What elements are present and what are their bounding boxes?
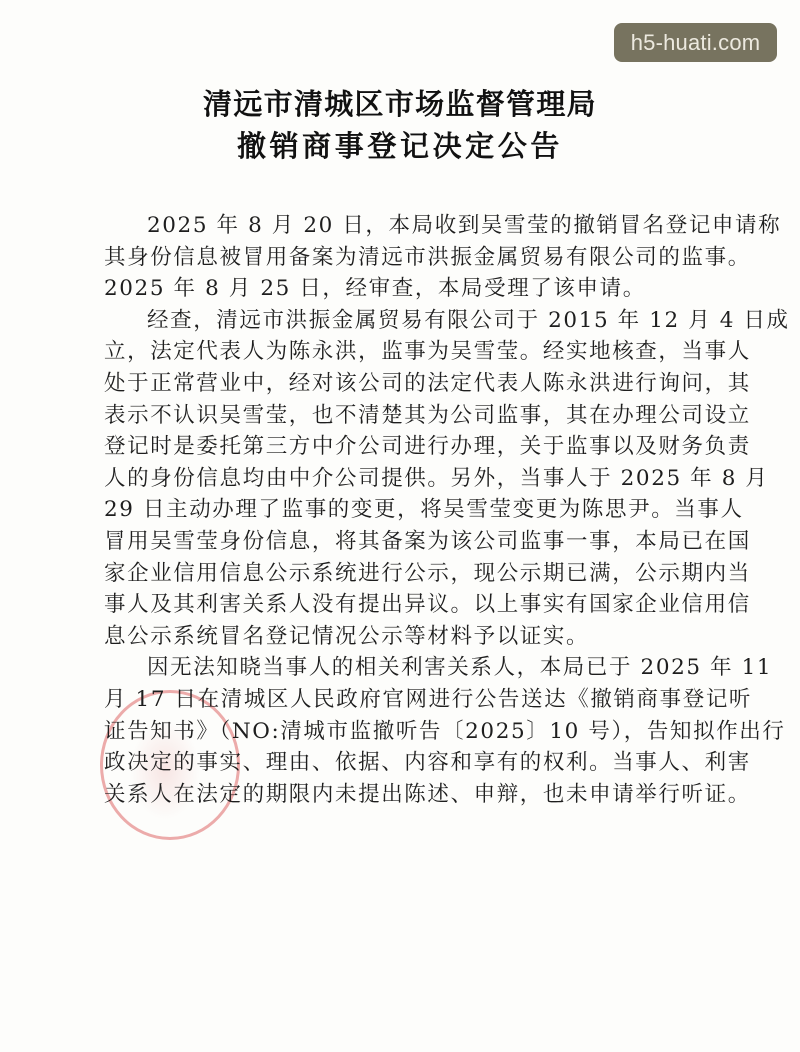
body-line: 因无法知晓当事人的相关利害关系人，本局已于 2025 年 11 [104, 652, 704, 684]
body-line: 家企业信用信息公示系统进行公示，现公示期已满，公示期内当 [104, 558, 704, 590]
document-title-line1: 清远市清城区市场监督管理局 [0, 82, 800, 123]
body-line: 息公示系统冒名登记情况公示等材料予以证实。 [104, 621, 704, 653]
body-line: 人的身份信息均由中介公司提供。另外，当事人于 2025 年 8 月 [104, 463, 704, 495]
body-line: 表示不认识吴雪莹，也不清楚其为公司监事，其在办理公司设立 [104, 400, 704, 432]
body-line: 其身份信息被冒用备案为清远市洪振金属贸易有限公司的监事。 [104, 242, 704, 274]
body-line: 冒用吴雪莹身份信息，将其备案为该公司监事一事，本局已在国 [104, 526, 704, 558]
body-line: 证告知书》（NO:清城市监撤听告〔2025〕10 号），告知拟作出行 [104, 716, 704, 748]
document-body: 2025 年 8 月 20 日，本局收到吴雪莹的撤销冒名登记申请称 其身份信息被… [104, 210, 704, 810]
body-line: 政决定的事实、理由、依据、内容和享有的权利。当事人、利害 [104, 747, 704, 779]
watermark-badge: h5-huati.com [614, 23, 777, 62]
body-line: 关系人在法定的期限内未提出陈述、申辩，也未申请举行听证。 [104, 779, 704, 811]
body-line: 29 日主动办理了监事的变更，将吴雪莹变更为陈思尹。当事人 [104, 494, 704, 526]
body-line: 经查，清远市洪振金属贸易有限公司于 2015 年 12 月 4 日成 [104, 305, 704, 337]
document-title-line2: 撤销商事登记决定公告 [0, 124, 800, 165]
body-line: 登记时是委托第三方中介公司进行办理，关于监事以及财务负责 [104, 431, 704, 463]
body-line: 事人及其利害关系人没有提出异议。以上事实有国家企业信用信 [104, 589, 704, 621]
body-line: 2025 年 8 月 25 日，经审查，本局受理了该申请。 [104, 273, 704, 305]
body-line: 月 17 日在清城区人民政府官网进行公告送达《撤销商事登记听 [104, 684, 704, 716]
body-line: 立，法定代表人为陈永洪，监事为吴雪莹。经实地核查，当事人 [104, 336, 704, 368]
body-line: 处于正常营业中，经对该公司的法定代表人陈永洪进行询问，其 [104, 368, 704, 400]
body-line: 2025 年 8 月 20 日，本局收到吴雪莹的撤销冒名登记申请称 [104, 210, 704, 242]
